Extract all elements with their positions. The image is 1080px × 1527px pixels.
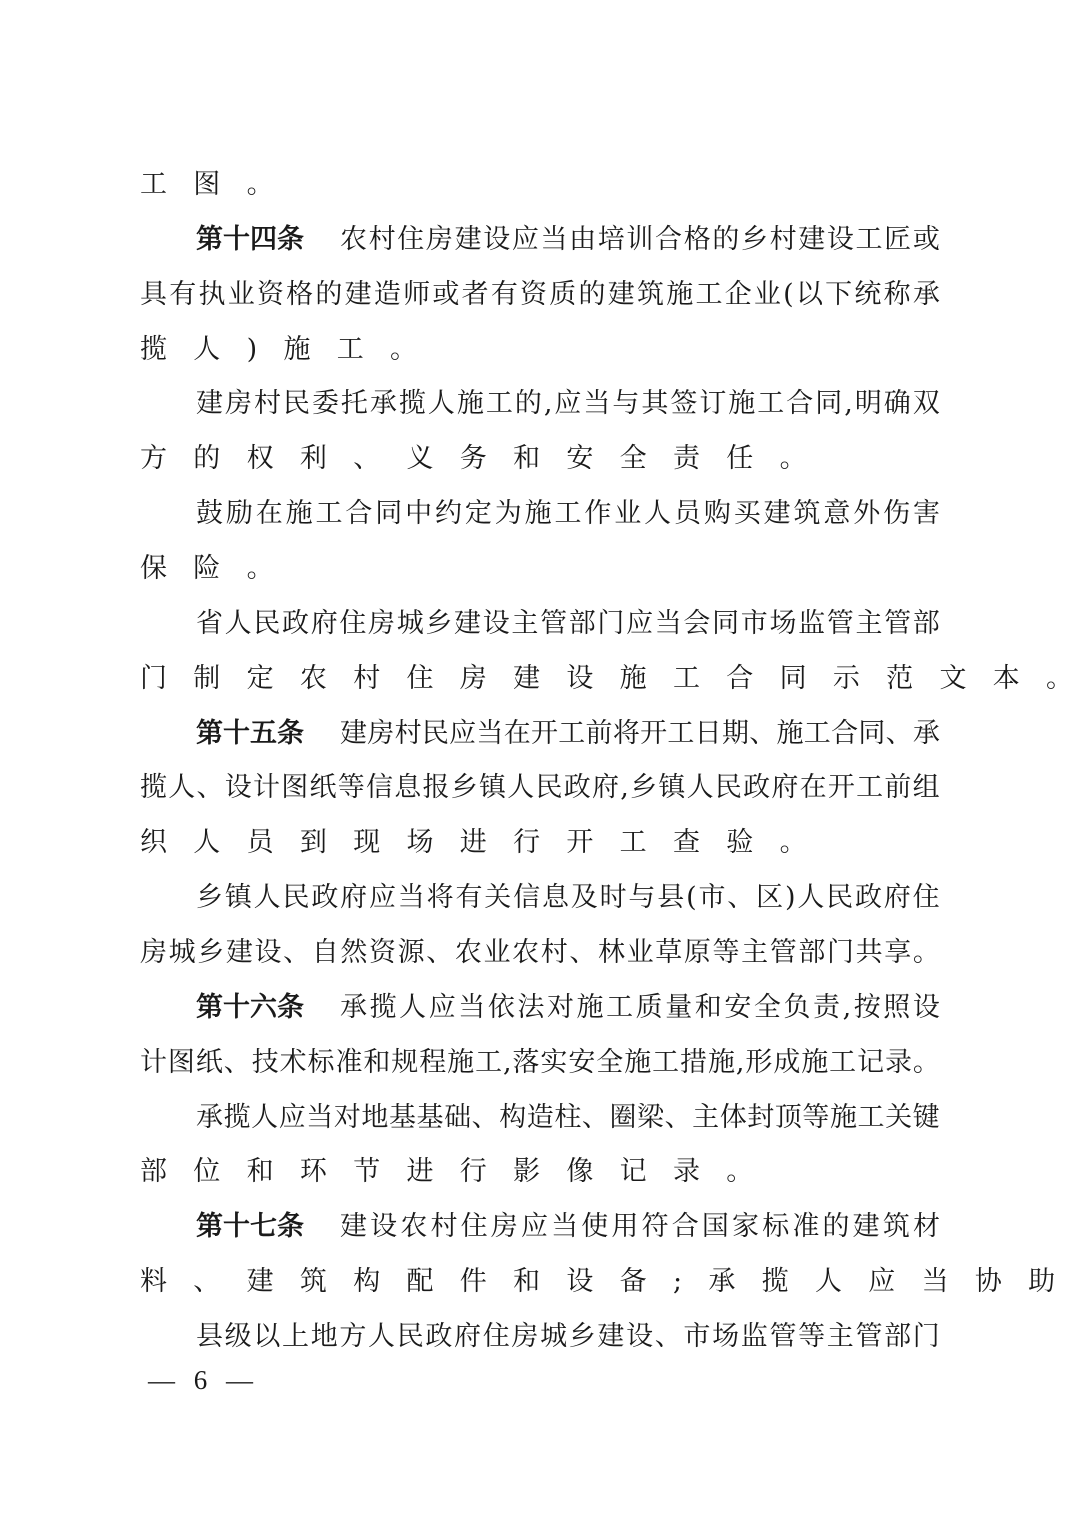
text-line: 部位和环节进行影像记录。 [140,1145,940,1200]
text-line: 建房村民委托承揽人施工的,应当与其签订施工合同,明确双 [140,377,940,432]
document-body: 工图。第十四条农村住房建设应当由培训合格的乡村建设工匠或具有执业资格的建造师或者… [140,158,940,1365]
text-line: 工图。 [140,158,940,213]
text-line: 具有执业资格的建造师或者有资质的建筑施工企业(以下统称承 [140,268,940,323]
text-line: 门制定农村住房建设施工合同示范文本。 [140,652,940,707]
text-line: 方的权利、义务和安全责任。 [140,432,940,487]
document-page: 工图。第十四条农村住房建设应当由培训合格的乡村建设工匠或具有执业资格的建造师或者… [0,0,1080,1527]
text-line: 料、建筑构配件和设备;承揽人应当协助建房村民合理选用。 [140,1255,940,1310]
article-text: 农村住房建设应当由培训合格的乡村建设工匠或 [340,213,940,268]
text-line: 织人员到现场进行开工查验。 [140,816,940,871]
text-line: 县级以上地方人民政府住房城乡建设、市场监管等主管部门 [140,1310,940,1365]
article-heading: 第十四条 [196,213,304,268]
text-line: 房城乡建设、自然资源、农业农村、林业草原等主管部门共享。 [140,926,940,981]
text-line: 保险。 [140,542,940,597]
text-line: 揽人)施工。 [140,323,940,378]
text-line: 计图纸、技术标准和规程施工,落实安全施工措施,形成施工记录。 [140,1036,940,1091]
text-line: 承揽人应当对地基基础、构造柱、圈梁、主体封顶等施工关键 [140,1091,940,1146]
article-line: 第十五条建房村民应当在开工前将开工日期、施工合同、承 [140,707,940,762]
article-line: 第十七条建设农村住房应当使用符合国家标准的建筑材 [140,1200,940,1255]
article-text: 承揽人应当依法对施工质量和安全负责,按照设 [340,981,940,1036]
text-line: 揽人、设计图纸等信息报乡镇人民政府,乡镇人民政府在开工前组 [140,761,940,816]
page-number: — 6 — [148,1365,259,1396]
text-line: 鼓励在施工合同中约定为施工作业人员购买建筑意外伤害 [140,487,940,542]
article-text: 建设农村住房应当使用符合国家标准的建筑材 [340,1200,940,1255]
article-text: 建房村民应当在开工前将开工日期、施工合同、承 [340,707,940,762]
text-line: 乡镇人民政府应当将有关信息及时与县(市、区)人民政府住 [140,871,940,926]
article-heading: 第十六条 [196,981,304,1036]
article-heading: 第十七条 [196,1200,304,1255]
article-line: 第十六条承揽人应当依法对施工质量和安全负责,按照设 [140,981,940,1036]
article-line: 第十四条农村住房建设应当由培训合格的乡村建设工匠或 [140,213,940,268]
text-line: 省人民政府住房城乡建设主管部门应当会同市场监管主管部 [140,597,940,652]
article-heading: 第十五条 [196,707,304,762]
